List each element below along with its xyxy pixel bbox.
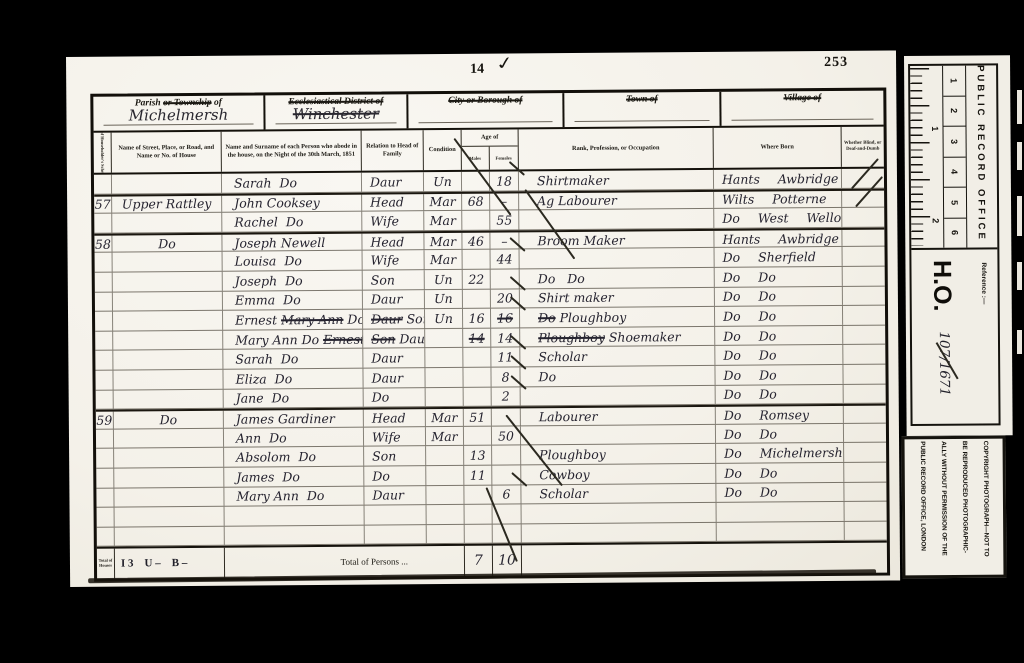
cell-age-female (492, 465, 521, 484)
cell-where-born: Hants Awbridge (714, 169, 842, 189)
copyright-line: COPYRIGHT PHOTOGRAPH—NOT TO (975, 441, 997, 573)
cell-schedule-number (96, 429, 114, 448)
dotted-rule (276, 122, 397, 124)
ruler-number: 6 (950, 230, 960, 235)
total-persons-label: Total of Persons ... (225, 546, 465, 578)
village-label: Village of (721, 93, 883, 104)
total-houses-value: I 3 U – B – (115, 548, 225, 579)
text-part: Daur (395, 331, 425, 346)
cell-name: Mary Ann Do (224, 486, 364, 506)
cell-street (114, 389, 224, 408)
ruler-inch-number: 2 (931, 218, 941, 223)
cell-condition (425, 348, 463, 367)
cell-age-female: 20 (491, 289, 520, 308)
agency-name: PUBLIC RECORD OFFICE (975, 65, 987, 241)
cell-schedule-number (95, 371, 113, 390)
cell-age-male: 22 (463, 270, 491, 289)
cell-where-born: Hants Awbridge (714, 230, 842, 248)
cell-name (225, 506, 365, 526)
cell-street (115, 507, 225, 526)
schedule-header-label: No. of Householder's Schedule (99, 133, 105, 173)
ruler-number-cell: 4 (944, 157, 966, 188)
text-part: Mary Ann (281, 312, 344, 327)
cell-age-male (465, 524, 493, 543)
age-of-label: Age of (462, 129, 518, 146)
cell-relation: Daur (362, 172, 424, 191)
parish-value: Michelmersh (93, 105, 263, 124)
cell-occupation (519, 209, 714, 229)
cell-blind (842, 229, 884, 246)
cell-age-male: 16 (463, 309, 491, 328)
cell-schedule-number (97, 508, 115, 527)
cell-occupation: Labourer (521, 407, 716, 425)
census-table: Parish or Township of Michelmersh Eccles… (90, 88, 890, 582)
cell-age-female (492, 446, 521, 465)
text-part: Winchester (293, 105, 379, 124)
cell-age-male: 11 (464, 466, 492, 485)
cell-age-male (464, 426, 492, 445)
reference-label: Reference :— (980, 262, 987, 304)
copyright-text: COPYRIGHT PHOTOGRAPH—NOT TOBE REPRODUCED… (911, 441, 996, 574)
cell-blind (844, 462, 886, 481)
cell-where-born: Do Do (716, 482, 844, 502)
cell-age-female: 8 (491, 367, 520, 386)
header-village: Village of (721, 91, 883, 126)
place-header-band: Parish or Township of Michelmersh Eccles… (93, 91, 883, 133)
cell-street: Do (112, 235, 222, 252)
cell-name: Ernest Mary Ann Do (223, 310, 363, 330)
cell-schedule-number: 58 (94, 235, 112, 252)
cell-age-female: 44 (491, 250, 520, 269)
ruler-number-cell: 5 (944, 188, 966, 219)
cell-occupation: Ploughboy Shoemaker (520, 327, 715, 347)
film-edge-mark (1017, 142, 1022, 170)
cell-schedule-number (94, 175, 112, 194)
cell-street (113, 291, 223, 310)
ruler-number: 2 (949, 108, 959, 113)
cell-condition (427, 505, 465, 524)
copyright-box: COPYRIGHT PHOTOGRAPH—NOT TOBE REPRODUCED… (902, 436, 1007, 579)
cell-schedule-number (95, 273, 113, 292)
text-part: City or Borough of (448, 95, 522, 106)
cell-schedule-number (95, 253, 113, 272)
cell-relation: Do (364, 388, 426, 407)
cell-schedule-number (96, 469, 114, 488)
cell-relation: Daur (363, 349, 425, 368)
cell-blind (844, 384, 886, 403)
cell-relation: Wife (362, 211, 424, 230)
cell-name: John Cooksey (222, 194, 362, 212)
text-part: Ernest (323, 331, 363, 346)
col-street: Name of Street, Place, or Road, and Name… (112, 132, 222, 173)
cell-occupation: Shirtmaker (519, 170, 714, 190)
cell-occupation (522, 523, 717, 543)
cell-age-male: 13 (464, 446, 492, 465)
film-edge-mark (1017, 90, 1022, 124)
copyright-line: PUBLIC RECORD OFFICE, LONDON (911, 441, 933, 573)
cell-schedule-number: 57 (94, 196, 112, 213)
cell-relation: Head (362, 194, 424, 211)
ruler-section: 12 123456 PUBLIC RECORD OFFICE (910, 65, 997, 250)
header-city-borough: City or Borough of (408, 93, 564, 128)
cell-condition: Un (425, 289, 463, 308)
cell-blind (843, 286, 885, 305)
pro-film-strip: 12 123456 PUBLIC RECORD OFFICE Reference… (904, 55, 1013, 436)
city-label: City or Borough of (408, 95, 562, 106)
cell-relation: Head (362, 233, 424, 250)
ruler-number-cell: 3 (943, 127, 965, 158)
ruler-number: 1 (949, 78, 959, 83)
cell-where-born: Do Do (715, 267, 843, 287)
col-relation: Relation to Head of Family (362, 130, 424, 170)
cell-name: Eliza Do (223, 369, 363, 389)
text-part: Ernest (235, 312, 281, 327)
cell-blind (845, 502, 887, 521)
ruler-ladder: 123456 (942, 66, 967, 248)
cell-age-female (491, 269, 520, 288)
cell-blind (844, 423, 886, 442)
cell-blind (844, 406, 886, 423)
ruler-number-cell: 1 (943, 66, 965, 97)
text-part: Ploughboy (556, 310, 627, 326)
text-part: Daur (371, 311, 403, 326)
cell-condition (425, 329, 463, 348)
cell-age-male (464, 387, 492, 406)
cell-condition: Mar (424, 211, 462, 230)
cell-where-born: Do Do (715, 326, 843, 346)
cell-age-male (465, 505, 493, 524)
male-total-value: 7 (474, 553, 483, 569)
cell-condition: Mar (426, 427, 464, 446)
cell-blind (843, 247, 885, 266)
cell-age-male (463, 348, 491, 367)
col-occupation: Rank, Profession, or Occupation (519, 128, 714, 170)
cell-occupation (521, 385, 716, 405)
cell-age-female: 14 (491, 328, 520, 347)
total-houses-label: Total of Houses (97, 549, 115, 579)
text-part: Do (343, 312, 363, 327)
folio-number: 14 (470, 62, 484, 78)
cell-schedule-number (96, 390, 114, 409)
cell-street (113, 370, 223, 389)
cell-where-born: Do Michelmersh (716, 443, 844, 463)
cell-age-female: 16 (491, 309, 520, 328)
cell-relation: Do (364, 466, 426, 485)
cell-condition (426, 387, 464, 406)
dotted-rule (732, 119, 874, 121)
cell-occupation (521, 425, 716, 445)
page-number: 253 (824, 55, 848, 71)
cell-where-born (717, 522, 845, 542)
cell-condition: Un (424, 172, 462, 191)
cell-occupation: Do (520, 366, 715, 386)
cell-relation (365, 505, 427, 524)
cell-schedule-number (95, 351, 113, 370)
cell-name: Ann Do (224, 427, 364, 447)
cell-age-male (463, 250, 491, 269)
cell-occupation (522, 503, 717, 523)
cell-age-female: 11 (491, 348, 520, 367)
cell-name: Absolom Do (224, 447, 364, 467)
cell-blind (842, 169, 884, 188)
cell-relation: Head (364, 409, 426, 426)
cell-occupation: Ag Labourer (519, 192, 714, 210)
cell-occupation: Do Do (520, 268, 715, 288)
cell-relation (365, 525, 427, 544)
cell-blind (843, 267, 885, 286)
cell-where-born: Do Sherfield (715, 247, 843, 267)
census-page: 14 ✓ 253 Parish or Township of Michelmer… (66, 50, 900, 587)
column-header-band: No. of Householder's Schedule Name of St… (94, 127, 884, 175)
film-edge-mark (1017, 262, 1022, 290)
text-part: Mary Ann Do (235, 332, 323, 348)
cell-condition (427, 525, 465, 544)
ruler-number: 4 (950, 169, 960, 174)
cell-age-male (463, 289, 491, 308)
cell-occupation: Ploughboy (521, 444, 716, 464)
cell-where-born: Do Do (716, 384, 844, 404)
dotted-rule (419, 121, 553, 123)
text-part: 14 (469, 330, 485, 345)
cell-condition: Mar (426, 409, 464, 426)
cell-age-male: 51 (464, 409, 492, 426)
cell-where-born: Do Do (715, 306, 843, 326)
cell-street (113, 331, 223, 350)
cell-condition (426, 446, 464, 465)
cell-name: Rachel Do (222, 212, 362, 232)
copyright-line: ALLY WITHOUT PERMISSION OF THE (932, 441, 954, 573)
cell-where-born (717, 502, 845, 522)
cell-blind (842, 208, 884, 227)
cell-occupation: Do Ploughboy (520, 307, 715, 327)
header-town: Town of (564, 92, 721, 127)
cell-relation: Daur (363, 368, 425, 387)
ruler-number: 3 (950, 139, 960, 144)
cell-age-male: 68 (462, 193, 490, 210)
ruler-inch-number: 1 (930, 126, 940, 131)
cell-blind (843, 306, 885, 325)
cell-schedule-number (97, 527, 115, 546)
cell-name: Mary Ann Do Ernest (223, 329, 363, 349)
cell-name: Joseph Newell (222, 233, 362, 251)
cell-condition (425, 368, 463, 387)
series-code: H.O. (927, 260, 956, 312)
cell-where-born: Do Do (715, 345, 843, 365)
cell-name: Louisa Do (223, 251, 363, 271)
text-part: Son (371, 331, 395, 346)
col-name: Name and Surname of each Person who abod… (222, 131, 362, 172)
text-part: Village of (783, 93, 821, 103)
cell-where-born: Do Do (716, 463, 844, 483)
col-where-born: Where Born (714, 127, 842, 168)
cell-street: Do (114, 411, 224, 428)
cell-name: Sarah Do (222, 173, 362, 193)
header-parish: Parish or Township of Michelmersh (93, 95, 265, 130)
cell-age-male (463, 368, 491, 387)
cell-schedule-number (95, 331, 113, 350)
cell-where-born: Wilts Potterne (714, 191, 842, 209)
cell-condition: Mar (424, 193, 462, 210)
table-body: Sarah Do Daur Un 18 Shirtmaker Hants Awb… (94, 169, 887, 547)
dotted-rule (104, 124, 254, 126)
cell-condition (426, 485, 464, 504)
cell-schedule-number (95, 312, 113, 331)
cell-relation: Son (363, 270, 425, 289)
cell-occupation: Broom Maker (519, 231, 714, 249)
reference-section: Reference :— H.O. 107/1671 (911, 249, 998, 422)
cell-relation: Daur (363, 290, 425, 309)
cell-age-female: 2 (492, 387, 521, 406)
cell-age-female: 55 (490, 211, 519, 230)
col-schedule: No. of Householder's Schedule (94, 133, 112, 173)
cell-schedule-number (96, 488, 114, 507)
cell-street (113, 350, 223, 369)
cell-street (114, 428, 224, 447)
cell-blind (844, 482, 886, 501)
cell-blind (843, 365, 885, 384)
copyright-line: BE REPRODUCED PHOTOGRAPHIC- (954, 441, 976, 573)
cell-street (113, 252, 223, 271)
cell-name: Sarah Do (223, 349, 363, 369)
cell-age-male (462, 211, 490, 230)
cell-condition: Un (425, 309, 463, 328)
cell-street (114, 448, 224, 467)
cell-blind (843, 325, 885, 344)
cell-schedule-number: 59 (96, 412, 114, 429)
cell-relation: Wife (364, 427, 426, 446)
cell-name: James Do (224, 467, 364, 487)
cell-age-female: 6 (492, 485, 521, 504)
cell-condition: Mar (425, 250, 463, 269)
cell-street (114, 487, 224, 506)
pro-ruler-box: 12 123456 PUBLIC RECORD OFFICE Reference… (908, 63, 1001, 426)
cell-age-female: 18 (490, 171, 519, 190)
cell-occupation: Scholar (520, 346, 715, 366)
cell-where-born: Do West Wellow (714, 208, 842, 228)
cell-occupation: Scholar (521, 483, 716, 503)
text-part: Shoemaker (605, 329, 681, 345)
cell-where-born: Do Do (715, 365, 843, 385)
cell-occupation: Shirt maker (520, 287, 715, 307)
ecclesiastical-value: Winchester (265, 104, 406, 123)
cell-occupation: Cowboy (521, 464, 716, 484)
text-part: Town of (626, 94, 658, 104)
film-edge-mark (1017, 196, 1022, 236)
col-condition: Condition (424, 130, 462, 170)
cell-name: Jane Do (224, 388, 364, 408)
cell-age-male: 14 (463, 328, 491, 347)
cell-street (113, 272, 223, 291)
cell-age-male: 46 (462, 232, 490, 249)
town-label: Town of (564, 94, 719, 105)
dotted-rule (575, 120, 710, 122)
check-mark: ✓ (494, 52, 517, 76)
ruler-number-cell: 2 (943, 96, 965, 127)
cell-street (114, 468, 224, 487)
text-part: 16 (497, 310, 513, 325)
cell-relation: Wife (363, 251, 425, 270)
cell-condition (426, 466, 464, 485)
text-part: Do (538, 310, 556, 325)
cell-schedule-number (94, 214, 112, 233)
text-part: Ploughboy (538, 329, 605, 345)
cell-street: Upper Rattley (112, 195, 222, 212)
cell-street (112, 213, 222, 232)
cell-relation: Daur (364, 486, 426, 505)
cell-relation: Daur Son (363, 309, 425, 328)
cell-name: James Gardiner (224, 410, 364, 428)
cell-schedule-number (95, 292, 113, 311)
cell-blind (845, 521, 887, 540)
cell-condition: Un (425, 270, 463, 289)
cell-street (115, 526, 225, 545)
cell-name: Emma Do (223, 290, 363, 310)
ruler-number: 5 (950, 200, 960, 205)
cell-name: Joseph Do (223, 271, 363, 291)
cell-where-born: Do Do (716, 424, 844, 444)
ruler-number-cell: 6 (944, 218, 966, 248)
cell-street (113, 311, 223, 330)
cell-schedule-number (96, 449, 114, 468)
cell-street (112, 174, 222, 193)
cell-relation: Son (364, 446, 426, 465)
cell-where-born: Do Romsey (716, 406, 844, 424)
film-edge-mark (1017, 330, 1022, 354)
cell-occupation (520, 248, 715, 268)
total-persons-male: 7 (465, 546, 493, 576)
ruler-ticks-major (910, 68, 930, 246)
cell-name (225, 525, 365, 545)
cell-blind (843, 345, 885, 364)
text-part: Son (403, 311, 426, 326)
cell-where-born: Do Do (715, 286, 843, 306)
cell-relation: Son Daur (363, 329, 425, 348)
cell-condition: Mar (424, 233, 462, 250)
header-ecclesiastical-district: Ecclesiastical District of Winchester (265, 94, 408, 129)
cell-blind (844, 443, 886, 462)
